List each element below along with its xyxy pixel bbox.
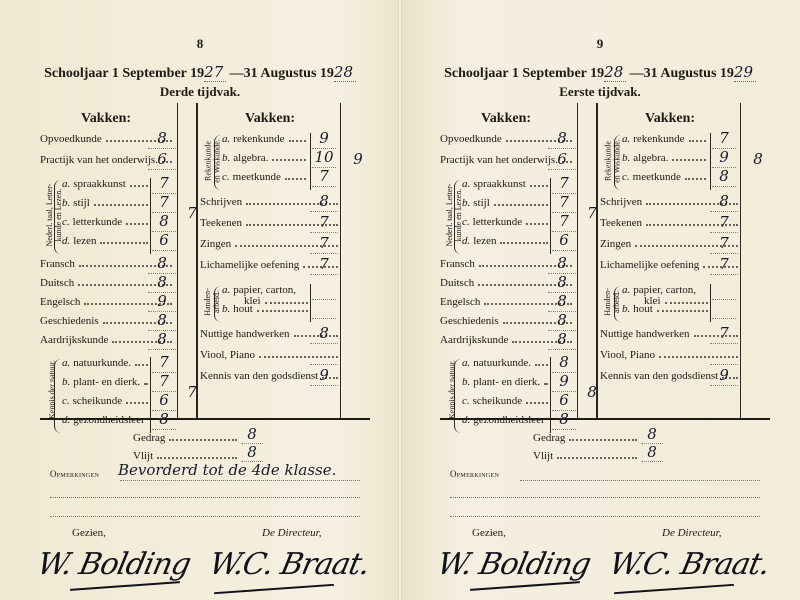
leader-dots bbox=[526, 223, 548, 225]
table-divider bbox=[196, 103, 198, 420]
left-column-header: Vakken: bbox=[440, 111, 572, 127]
sub-grade-value: 7 bbox=[552, 212, 576, 230]
grade-line bbox=[148, 349, 176, 350]
period-title: Derde tijdvak. bbox=[0, 84, 400, 100]
sub-grade-value: 8 bbox=[552, 353, 576, 371]
sub-subject-label: lezen bbox=[73, 235, 96, 247]
grade-line bbox=[710, 232, 738, 233]
grade-value: 8 bbox=[550, 311, 574, 329]
leader-dots bbox=[659, 356, 738, 358]
leader-dots bbox=[494, 204, 548, 206]
grade-value: 8 bbox=[150, 254, 174, 272]
leader-dots bbox=[557, 457, 637, 459]
page-right: 9Schooljaar 1 September 1928 —31 Augustu… bbox=[400, 0, 800, 600]
subject-label: Practijk van het onderwijs. bbox=[440, 154, 558, 166]
subject-label: Geschiedenis bbox=[440, 315, 499, 327]
grade-line bbox=[712, 186, 736, 187]
grade-line bbox=[710, 211, 738, 212]
leader-dots bbox=[100, 242, 148, 244]
group-brace bbox=[454, 359, 461, 433]
conduct-grade: 8 bbox=[641, 425, 663, 444]
subject-label: Fransch bbox=[40, 258, 75, 270]
subject-label: Aardrijkskunde bbox=[40, 334, 108, 346]
sub-subject-label: hout bbox=[633, 303, 653, 315]
diligence-row: Vlijt8 bbox=[133, 443, 263, 462]
period-title: Eerste tijdvak. bbox=[400, 84, 800, 100]
group-label-line: Nederl. taal, Letter- bbox=[45, 184, 54, 247]
remarks-line bbox=[50, 497, 360, 498]
signature-left: W. Bolding bbox=[434, 547, 593, 582]
leader-dots bbox=[285, 178, 306, 180]
group-label-line: Rekenkunde bbox=[603, 141, 612, 181]
sub-prefix: c. bbox=[462, 216, 470, 228]
sub-grade-value: 9 bbox=[712, 148, 736, 166]
leader-dots bbox=[130, 185, 148, 187]
left-column-header: Vakken: bbox=[40, 111, 172, 127]
grade-value: 8 bbox=[550, 292, 574, 310]
sub-subject-label: meetkunde bbox=[233, 171, 281, 183]
leader-dots bbox=[126, 402, 148, 404]
subject-label: Kennis van den godsdienst bbox=[600, 370, 718, 382]
grade-line bbox=[310, 385, 338, 386]
subject-label: Kennis van den godsdienst bbox=[200, 370, 318, 382]
grade-line bbox=[310, 253, 338, 254]
sub-subject-label: letterkunde bbox=[73, 216, 122, 228]
grade-line bbox=[312, 318, 336, 319]
subject-row: Viool, Piano bbox=[600, 349, 742, 361]
group-brace bbox=[614, 135, 621, 190]
sub-subject-row: a.natuurkunde. bbox=[462, 357, 552, 369]
leader-dots bbox=[289, 140, 306, 142]
subject-label: Fransch bbox=[440, 258, 475, 270]
sub-prefix: b. bbox=[622, 152, 630, 164]
subject-row: Viool, Piano bbox=[200, 349, 342, 361]
leader-dots bbox=[144, 383, 148, 385]
grade-value: 7 bbox=[712, 213, 736, 231]
leader-dots bbox=[169, 439, 237, 441]
sub-grade-value: 8 bbox=[152, 212, 176, 230]
sub-prefix: a. bbox=[462, 357, 470, 369]
grade-line bbox=[710, 385, 738, 386]
remarks-line bbox=[450, 516, 760, 517]
grade-value: 8 bbox=[150, 330, 174, 348]
grade-value: 8 bbox=[712, 192, 736, 210]
year-label: Schooljaar 1 September 19 bbox=[444, 66, 604, 81]
remarks-line bbox=[120, 480, 360, 481]
subject-label: Opvoedkunde bbox=[440, 133, 502, 145]
grade-value: 7 bbox=[712, 234, 736, 252]
sub-subject-label: rekenkunde bbox=[233, 133, 284, 145]
sub-subject-row: c.scheikunde bbox=[62, 395, 152, 407]
grade-line bbox=[148, 169, 176, 170]
sub-subject-row: c.scheikunde bbox=[462, 395, 552, 407]
sub-subject-row: d.lezen bbox=[462, 235, 552, 247]
sub-subject-label: scheikunde bbox=[73, 395, 122, 407]
remarks-line bbox=[450, 497, 760, 498]
leader-dots bbox=[259, 356, 338, 358]
grade-value: 7 bbox=[312, 213, 336, 231]
leader-dots bbox=[135, 364, 148, 366]
signature-right: W.C. Braat. bbox=[606, 547, 772, 582]
grade-value: 7 bbox=[312, 255, 336, 273]
signature-right: W.C. Braat. bbox=[206, 547, 372, 582]
sub-prefix: d. bbox=[462, 235, 470, 247]
leader-dots bbox=[530, 185, 548, 187]
sub-grade-value: 6 bbox=[152, 391, 176, 409]
leader-dots bbox=[685, 178, 706, 180]
grade-line bbox=[710, 253, 738, 254]
subject-label: Viool, Piano bbox=[200, 349, 255, 361]
sub-prefix: b. bbox=[622, 303, 630, 315]
subject-label: Geschiedenis bbox=[40, 315, 99, 327]
diligence-label: Vlijt bbox=[533, 450, 553, 462]
sub-grade-value: 10 bbox=[312, 148, 336, 166]
grade-line bbox=[710, 343, 738, 344]
grade-value: 9 bbox=[312, 366, 336, 384]
leader-dots bbox=[672, 159, 706, 161]
diligence-grade: 8 bbox=[641, 443, 663, 462]
sub-prefix: d. bbox=[462, 414, 470, 426]
signature-flourish bbox=[470, 581, 580, 591]
subject-label: Nuttige handwerken bbox=[200, 328, 290, 340]
signature-left: W. Bolding bbox=[34, 547, 193, 582]
sub-subject-row: c.letterkunde bbox=[462, 216, 552, 228]
sub-subject-label: letterkunde bbox=[473, 216, 522, 228]
grade-value: 8 bbox=[312, 192, 336, 210]
subject-label: Teekenen bbox=[600, 217, 642, 229]
grade-value: 8 bbox=[550, 273, 574, 291]
leader-dots bbox=[500, 242, 548, 244]
grade-line bbox=[710, 364, 738, 365]
sub-subject-label: algebra. bbox=[633, 152, 668, 164]
leader-dots bbox=[544, 383, 548, 385]
sub-subject-label: stijl bbox=[73, 197, 90, 209]
subject-label: Zingen bbox=[200, 238, 231, 250]
year-mid-label: —31 Augustus 19 bbox=[626, 66, 734, 81]
year-start-handwritten: 28 bbox=[604, 63, 626, 82]
sub-subject-row: c.meetkunde bbox=[222, 171, 310, 183]
sub-prefix: a. bbox=[622, 133, 630, 145]
sub-subject-row: a.spraakkunst bbox=[462, 178, 552, 190]
subject-label: Viool, Piano bbox=[600, 349, 655, 361]
remarks-line bbox=[520, 480, 760, 481]
subject-label: Engelsch bbox=[40, 296, 80, 308]
grade-line bbox=[552, 250, 576, 251]
grade-line bbox=[548, 148, 576, 149]
subject-label: Opvoedkunde bbox=[40, 133, 102, 145]
right-column-header: Vakken: bbox=[600, 111, 740, 127]
sub-subject-label: spraakkunst bbox=[73, 178, 126, 190]
sub-grade-value: 7 bbox=[152, 193, 176, 211]
sub-subject-row: d.lezen bbox=[62, 235, 152, 247]
signature-flourish bbox=[614, 584, 734, 594]
sub-subject-row: a.rekenkunde bbox=[222, 133, 310, 145]
sub-prefix: b. bbox=[222, 152, 230, 164]
leader-dots bbox=[94, 204, 148, 206]
subject-label: Lichamelijke oefening bbox=[600, 259, 699, 271]
subject-label: Teekenen bbox=[200, 217, 242, 229]
group-brace bbox=[614, 286, 621, 322]
sub-prefix: b. bbox=[62, 376, 70, 388]
subject-label: Duitsch bbox=[440, 277, 474, 289]
leader-dots bbox=[535, 364, 548, 366]
sub-grade-value: 6 bbox=[552, 231, 576, 249]
sub-subject-label: algebra. bbox=[233, 152, 268, 164]
sub-subject-row: b.algebra. bbox=[622, 152, 710, 164]
right-column-header: Vakken: bbox=[200, 111, 340, 127]
sub-prefix: a. bbox=[222, 284, 230, 296]
seen-label: Gezien, bbox=[472, 527, 506, 539]
subject-label: Nuttige handwerken bbox=[600, 328, 690, 340]
sub-prefix: c. bbox=[222, 171, 230, 183]
year-mid-label: —31 Augustus 19 bbox=[226, 66, 334, 81]
sub-grade-value: 7 bbox=[152, 372, 176, 390]
remarks-line bbox=[50, 516, 360, 517]
sub-grade-value: 6 bbox=[152, 231, 176, 249]
grade-value: 7 bbox=[712, 324, 736, 342]
sub-grade-value: 9 bbox=[552, 372, 576, 390]
group-label-line: Nederl. taal, Letter- bbox=[445, 184, 454, 247]
sub-subject-row: b.hout bbox=[622, 303, 712, 315]
leader-dots bbox=[126, 223, 148, 225]
director-label: De Directeur, bbox=[262, 527, 321, 539]
grade-value: 8 bbox=[312, 324, 336, 342]
sub-prefix: c. bbox=[462, 395, 470, 407]
group-brace bbox=[454, 180, 461, 254]
sub-prefix: b. bbox=[62, 197, 70, 209]
group-total-grade: 8 bbox=[746, 150, 770, 168]
grade-line bbox=[312, 186, 336, 187]
grade-value: 9 bbox=[150, 292, 174, 310]
year-start-handwritten: 27 bbox=[204, 63, 226, 82]
sub-prefix: d. bbox=[62, 235, 70, 247]
signature-flourish bbox=[214, 584, 334, 594]
sub-grade-value: 6 bbox=[552, 391, 576, 409]
sub-prefix: a. bbox=[622, 284, 630, 296]
grade-value: 8 bbox=[150, 311, 174, 329]
group-brace bbox=[54, 180, 61, 254]
grades-table: Vakken:Vakken:Opvoedkunde8Practijk van h… bbox=[40, 103, 370, 420]
group-total-grade: 9 bbox=[346, 150, 370, 168]
leader-dots bbox=[157, 457, 237, 459]
sub-prefix: b. bbox=[462, 197, 470, 209]
sub-subject-row: a.spraakkunst bbox=[62, 178, 152, 190]
sub-prefix: c. bbox=[62, 395, 70, 407]
grades-table: Vakken:Vakken:Opvoedkunde8Practijk van h… bbox=[440, 103, 770, 420]
book-gutter bbox=[398, 0, 402, 600]
subject-label: Engelsch bbox=[440, 296, 480, 308]
sub-subject-row: b.plant- en dierk. bbox=[62, 376, 152, 388]
page-left: 8Schooljaar 1 September 1927 —31 Augustu… bbox=[0, 0, 400, 600]
subject-label: Duitsch bbox=[40, 277, 74, 289]
grade-value: 8 bbox=[550, 129, 574, 147]
signature-flourish bbox=[70, 581, 180, 591]
sub-subject-label: plant- en dierk. bbox=[73, 376, 140, 388]
year-label: Schooljaar 1 September 19 bbox=[44, 66, 204, 81]
sub-subject-row: c.meetkunde bbox=[622, 171, 710, 183]
director-label: De Directeur, bbox=[662, 527, 721, 539]
subject-label: Lichamelijke oefening bbox=[200, 259, 299, 271]
leader-dots bbox=[272, 159, 306, 161]
table-divider bbox=[177, 103, 178, 420]
subject-label: Schrijven bbox=[200, 196, 242, 208]
seen-label: Gezien, bbox=[72, 527, 106, 539]
sub-subject-label: plant- en dierk. bbox=[473, 376, 540, 388]
leader-dots bbox=[657, 310, 708, 312]
grade-line bbox=[548, 169, 576, 170]
leader-dots bbox=[689, 140, 706, 142]
grade-line bbox=[310, 364, 338, 365]
grade-value: 6 bbox=[150, 150, 174, 168]
sub-prefix: a. bbox=[222, 133, 230, 145]
sub-grade-value: 9 bbox=[312, 129, 336, 147]
conduct-row: Gedrag8 bbox=[133, 425, 263, 444]
grade-line bbox=[148, 148, 176, 149]
conduct-row: Gedrag8 bbox=[533, 425, 663, 444]
year-end-handwritten: 28 bbox=[334, 63, 356, 82]
grade-value: 8 bbox=[150, 273, 174, 291]
group-total-grade: 8 bbox=[580, 383, 604, 401]
group-brace bbox=[54, 359, 61, 433]
grade-value: 7 bbox=[312, 234, 336, 252]
leader-dots bbox=[569, 439, 637, 441]
grade-value: 8 bbox=[550, 254, 574, 272]
sub-prefix: c. bbox=[622, 171, 630, 183]
remarks-label: Opmerkingen bbox=[50, 469, 99, 479]
diligence-row: Vlijt8 bbox=[533, 443, 663, 462]
sub-subject-row: b.plant- en dierk. bbox=[462, 376, 552, 388]
sub-subject-label: rekenkunde bbox=[633, 133, 684, 145]
remarks-label: Opmerkingen bbox=[450, 469, 499, 479]
group-label-line: Handen- bbox=[203, 288, 212, 316]
sub-subject-row: b.algebra. bbox=[222, 152, 310, 164]
sub-subject-label: hout bbox=[233, 303, 253, 315]
grade-value: 8 bbox=[550, 330, 574, 348]
grade-line bbox=[712, 318, 736, 319]
group-total-grade: 7 bbox=[180, 383, 204, 401]
leader-dots bbox=[526, 402, 548, 404]
subject-label: Aardrijkskunde bbox=[440, 334, 508, 346]
sub-prefix: d. bbox=[62, 414, 70, 426]
sub-subject-row: c.letterkunde bbox=[62, 216, 152, 228]
sub-subject-label: scheikunde bbox=[473, 395, 522, 407]
sub-subject-label: spraakkunst bbox=[473, 178, 526, 190]
page-number: 9 bbox=[400, 36, 800, 52]
group-label-line: Rekenkunde bbox=[203, 141, 212, 181]
sub-prefix: a. bbox=[462, 178, 470, 190]
group-label-line: Handen- bbox=[603, 288, 612, 316]
sub-subject-row: a.natuurkunde. bbox=[62, 357, 152, 369]
grade-line bbox=[712, 299, 736, 300]
sub-prefix: b. bbox=[462, 376, 470, 388]
sub-subject-row: b.stijl bbox=[462, 197, 552, 209]
group-brace bbox=[214, 286, 221, 322]
subject-label: Practijk van het onderwijs. bbox=[40, 154, 158, 166]
page-number: 8 bbox=[0, 36, 400, 52]
sub-prefix: b. bbox=[222, 303, 230, 315]
sub-prefix: c. bbox=[62, 216, 70, 228]
grade-line bbox=[548, 349, 576, 350]
conduct-grade: 8 bbox=[241, 425, 263, 444]
sub-subject-row: b.stijl bbox=[62, 197, 152, 209]
sub-grade-value: 8 bbox=[712, 167, 736, 185]
sub-grade-value: 7 bbox=[552, 193, 576, 211]
diligence-grade: 8 bbox=[241, 443, 263, 462]
sub-subject-label: meetkunde bbox=[633, 171, 681, 183]
sub-subject-label: stijl bbox=[473, 197, 490, 209]
sub-prefix: a. bbox=[62, 178, 70, 190]
subject-label: Zingen bbox=[600, 238, 631, 250]
subgrade-divider bbox=[710, 133, 711, 190]
sub-subject-row: b.hout bbox=[222, 303, 312, 315]
remarks-handwritten: Bevorderd tot de 4de klasse. bbox=[118, 461, 336, 479]
grade-line bbox=[310, 274, 338, 275]
sub-grade-value: 7 bbox=[152, 353, 176, 371]
sub-grade-value: 7 bbox=[712, 129, 736, 147]
leader-dots bbox=[257, 310, 308, 312]
sub-subject-row: a.rekenkunde bbox=[622, 133, 710, 145]
grade-value: 7 bbox=[712, 255, 736, 273]
subgrade-divider bbox=[310, 133, 311, 190]
grade-line bbox=[152, 250, 176, 251]
group-brace bbox=[214, 135, 221, 190]
grade-line bbox=[312, 299, 336, 300]
grade-value: 6 bbox=[550, 150, 574, 168]
grade-line bbox=[710, 274, 738, 275]
sub-grade-value: 7 bbox=[312, 167, 336, 185]
sub-subject-label: lezen bbox=[473, 235, 496, 247]
school-year-line: Schooljaar 1 September 1928 —31 Augustus… bbox=[400, 63, 800, 82]
subject-label: Schrijven bbox=[600, 196, 642, 208]
table-divider bbox=[577, 103, 578, 420]
sub-prefix: a. bbox=[62, 357, 70, 369]
grade-line bbox=[310, 211, 338, 212]
grade-line bbox=[310, 232, 338, 233]
grade-value: 8 bbox=[150, 129, 174, 147]
sub-grade-value: 7 bbox=[552, 174, 576, 192]
sub-grade-value: 7 bbox=[152, 174, 176, 192]
year-end-handwritten: 29 bbox=[734, 63, 756, 82]
sub-subject-label: natuurkunde. bbox=[473, 357, 531, 369]
table-divider bbox=[596, 103, 598, 420]
grade-line bbox=[310, 343, 338, 344]
school-year-line: Schooljaar 1 September 1927 —31 Augustus… bbox=[0, 63, 400, 82]
grade-value: 9 bbox=[712, 366, 736, 384]
sub-subject-label: natuurkunde. bbox=[73, 357, 131, 369]
